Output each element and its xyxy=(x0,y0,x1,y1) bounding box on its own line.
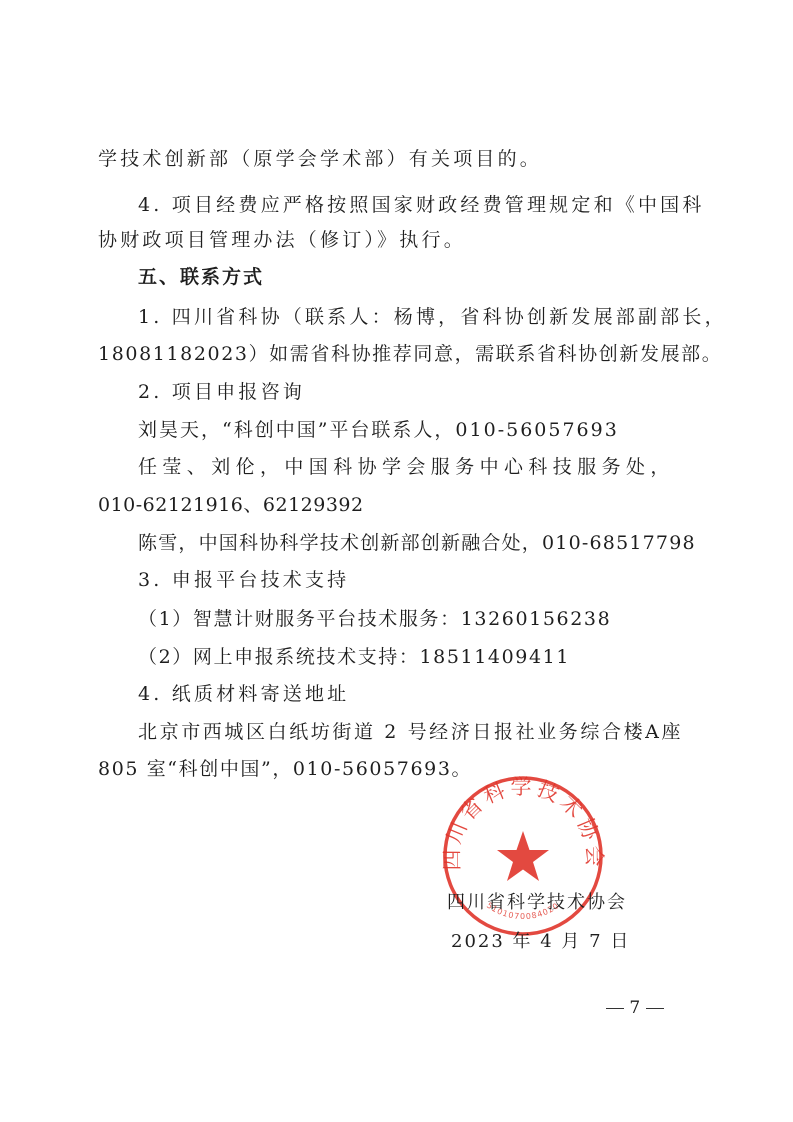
official-seal-icon: 四川省科学技术协会 5101070084020 xyxy=(440,773,606,939)
body-line: 3. 申报平台技术支持 xyxy=(138,568,349,592)
body-line: 4. 项目经费应严格按照国家财政经费管理规定和《中国科 xyxy=(138,193,705,217)
document-page: 学技术创新部（原学会学术部）有关项目的。 4. 项目经费应严格按照国家财政经费管… xyxy=(0,0,793,1122)
body-line: 1. 四川省科协（联系人：杨博，省科协创新发展部副部长， xyxy=(138,305,727,329)
signing-organization: 四川省科学技术协会 xyxy=(447,888,627,914)
page-number-value: 7 xyxy=(629,998,640,1018)
body-line: 陈雪，中国科协科学技术创新部创新融合处，010-68517798 xyxy=(138,531,696,555)
body-line: 010-62121916、62129392 xyxy=(98,493,364,517)
body-line: （1）智慧计财服务平台技术服务：13260156238 xyxy=(138,607,611,631)
body-line: 学技术创新部（原学会学术部）有关项目的。 xyxy=(98,147,542,171)
body-line: 任莹、刘伦，中国科协学会服务中心科技服务处， xyxy=(138,455,675,479)
section-heading: 五、联系方式 xyxy=(138,265,264,289)
body-line: 协财政项目管理办法（修订）》执行。 xyxy=(98,228,466,252)
page-number: 7 xyxy=(606,998,664,1018)
body-line: 刘昊天，“科创中国”平台联系人，010-56057693 xyxy=(138,418,619,442)
page-number-dash-right xyxy=(646,1008,664,1009)
body-line: 4. 纸质材料寄送地址 xyxy=(138,682,349,706)
body-line: 2. 项目申报咨询 xyxy=(138,380,305,404)
body-line: （2）网上申报系统技术支持：18511409411 xyxy=(138,645,570,669)
page-number-dash-left xyxy=(606,1008,624,1009)
signing-date: 2023 年 4 月 7 日 xyxy=(451,927,630,953)
body-line: 805 室“科创中国”，010-56057693。 xyxy=(98,757,472,781)
body-line: 18081182023）如需省科协推荐同意，需联系省科协创新发展部。 xyxy=(98,342,722,366)
body-line: 北京市西城区白纸坊街道 2 号经济日报社业务综合楼A座 xyxy=(138,720,683,744)
